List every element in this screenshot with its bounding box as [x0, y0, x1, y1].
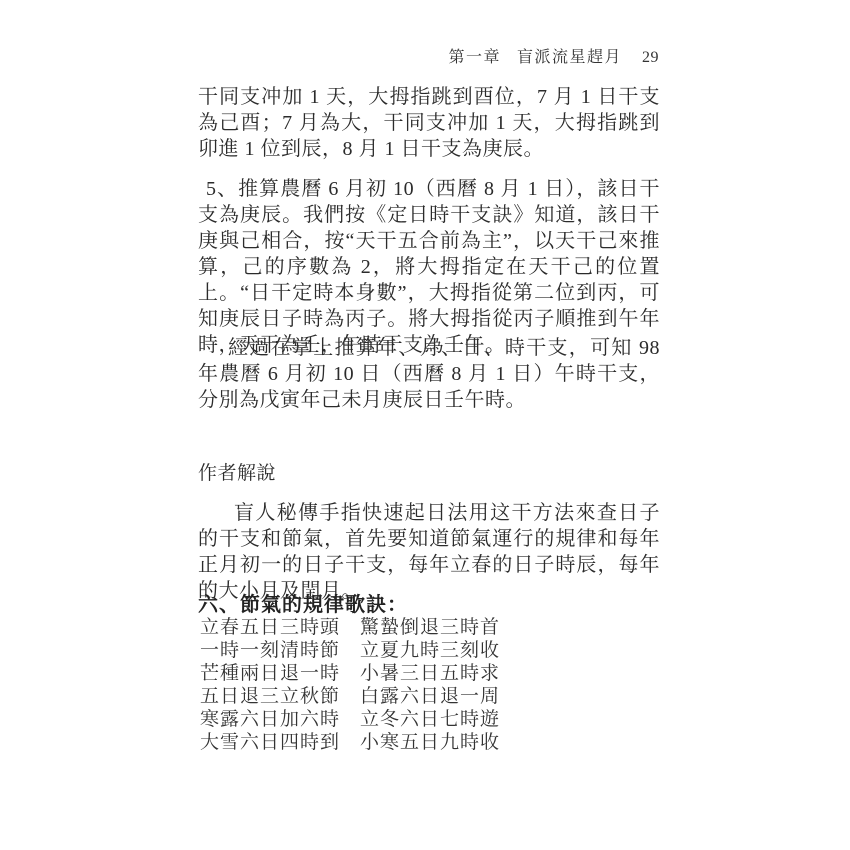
verse-right: 立夏九時三刻收 — [360, 639, 500, 662]
page-number: 29 — [642, 49, 659, 66]
chapter-label: 第一章 — [448, 49, 501, 66]
verse-heading: 六、節氣的規律歌訣： — [198, 588, 408, 617]
verse-right: 立冬六日七時遊 — [360, 708, 500, 731]
verse-left: 寒露六日加六時 — [200, 708, 340, 731]
paragraph-summary: 經過在掌上推算年、月、日、時干支，可知 98 年農曆 6 月初 10 日（西曆 … — [198, 335, 660, 413]
verse-line: 芒種兩日退一時 小暑三日五時求 — [200, 662, 500, 685]
verse-right: 驚蟄倒退三時首 — [360, 616, 500, 639]
verse-line: 一時一刻清時節 立夏九時三刻收 — [200, 639, 500, 662]
paragraph-step5-day-pillar: 5、推算農曆 6 月初 10（西曆 8 月 1 日），該日干支為庚辰。我們按《定… — [198, 176, 660, 358]
verse-line: 五日退三立秋節 白露六日退一周 — [200, 685, 500, 708]
running-header: 第一章盲派流星趕月29 — [198, 44, 659, 67]
section-label-author-commentary: 作者解說 — [198, 458, 276, 485]
paragraph-month-calculation: 干同支冲加 1 天，大拇指跳到酉位，7 月 1 日干支為己酉；7 月為大，干同支… — [198, 84, 660, 162]
verse-left: 一時一刻清時節 — [200, 639, 340, 662]
verse-left: 立春五日三時頭 — [200, 616, 340, 639]
verse-line: 寒露六日加六時 立冬六日七時遊 — [200, 708, 500, 731]
book-page: 第一章盲派流星趕月29 干同支冲加 1 天，大拇指跳到酉位，7 月 1 日干支為… — [0, 0, 850, 850]
verse-line: 大雪六日四時到 小寒五日九時收 — [200, 731, 500, 754]
verse-left: 五日退三立秋節 — [200, 685, 340, 708]
verse-right: 白露六日退一周 — [360, 685, 500, 708]
running-title: 盲派流星趕月 — [517, 49, 622, 66]
verse-right: 小寒五日九時收 — [360, 731, 500, 754]
verse-right: 小暑三日五時求 — [360, 662, 500, 685]
verse-left: 大雪六日四時到 — [200, 731, 340, 754]
verse-left: 芒種兩日退一時 — [200, 662, 340, 685]
verse-block: 立春五日三時頭 驚蟄倒退三時首 一時一刻清時節 立夏九時三刻收 芒種兩日退一時 … — [200, 616, 500, 754]
verse-line: 立春五日三時頭 驚蟄倒退三時首 — [200, 616, 500, 639]
